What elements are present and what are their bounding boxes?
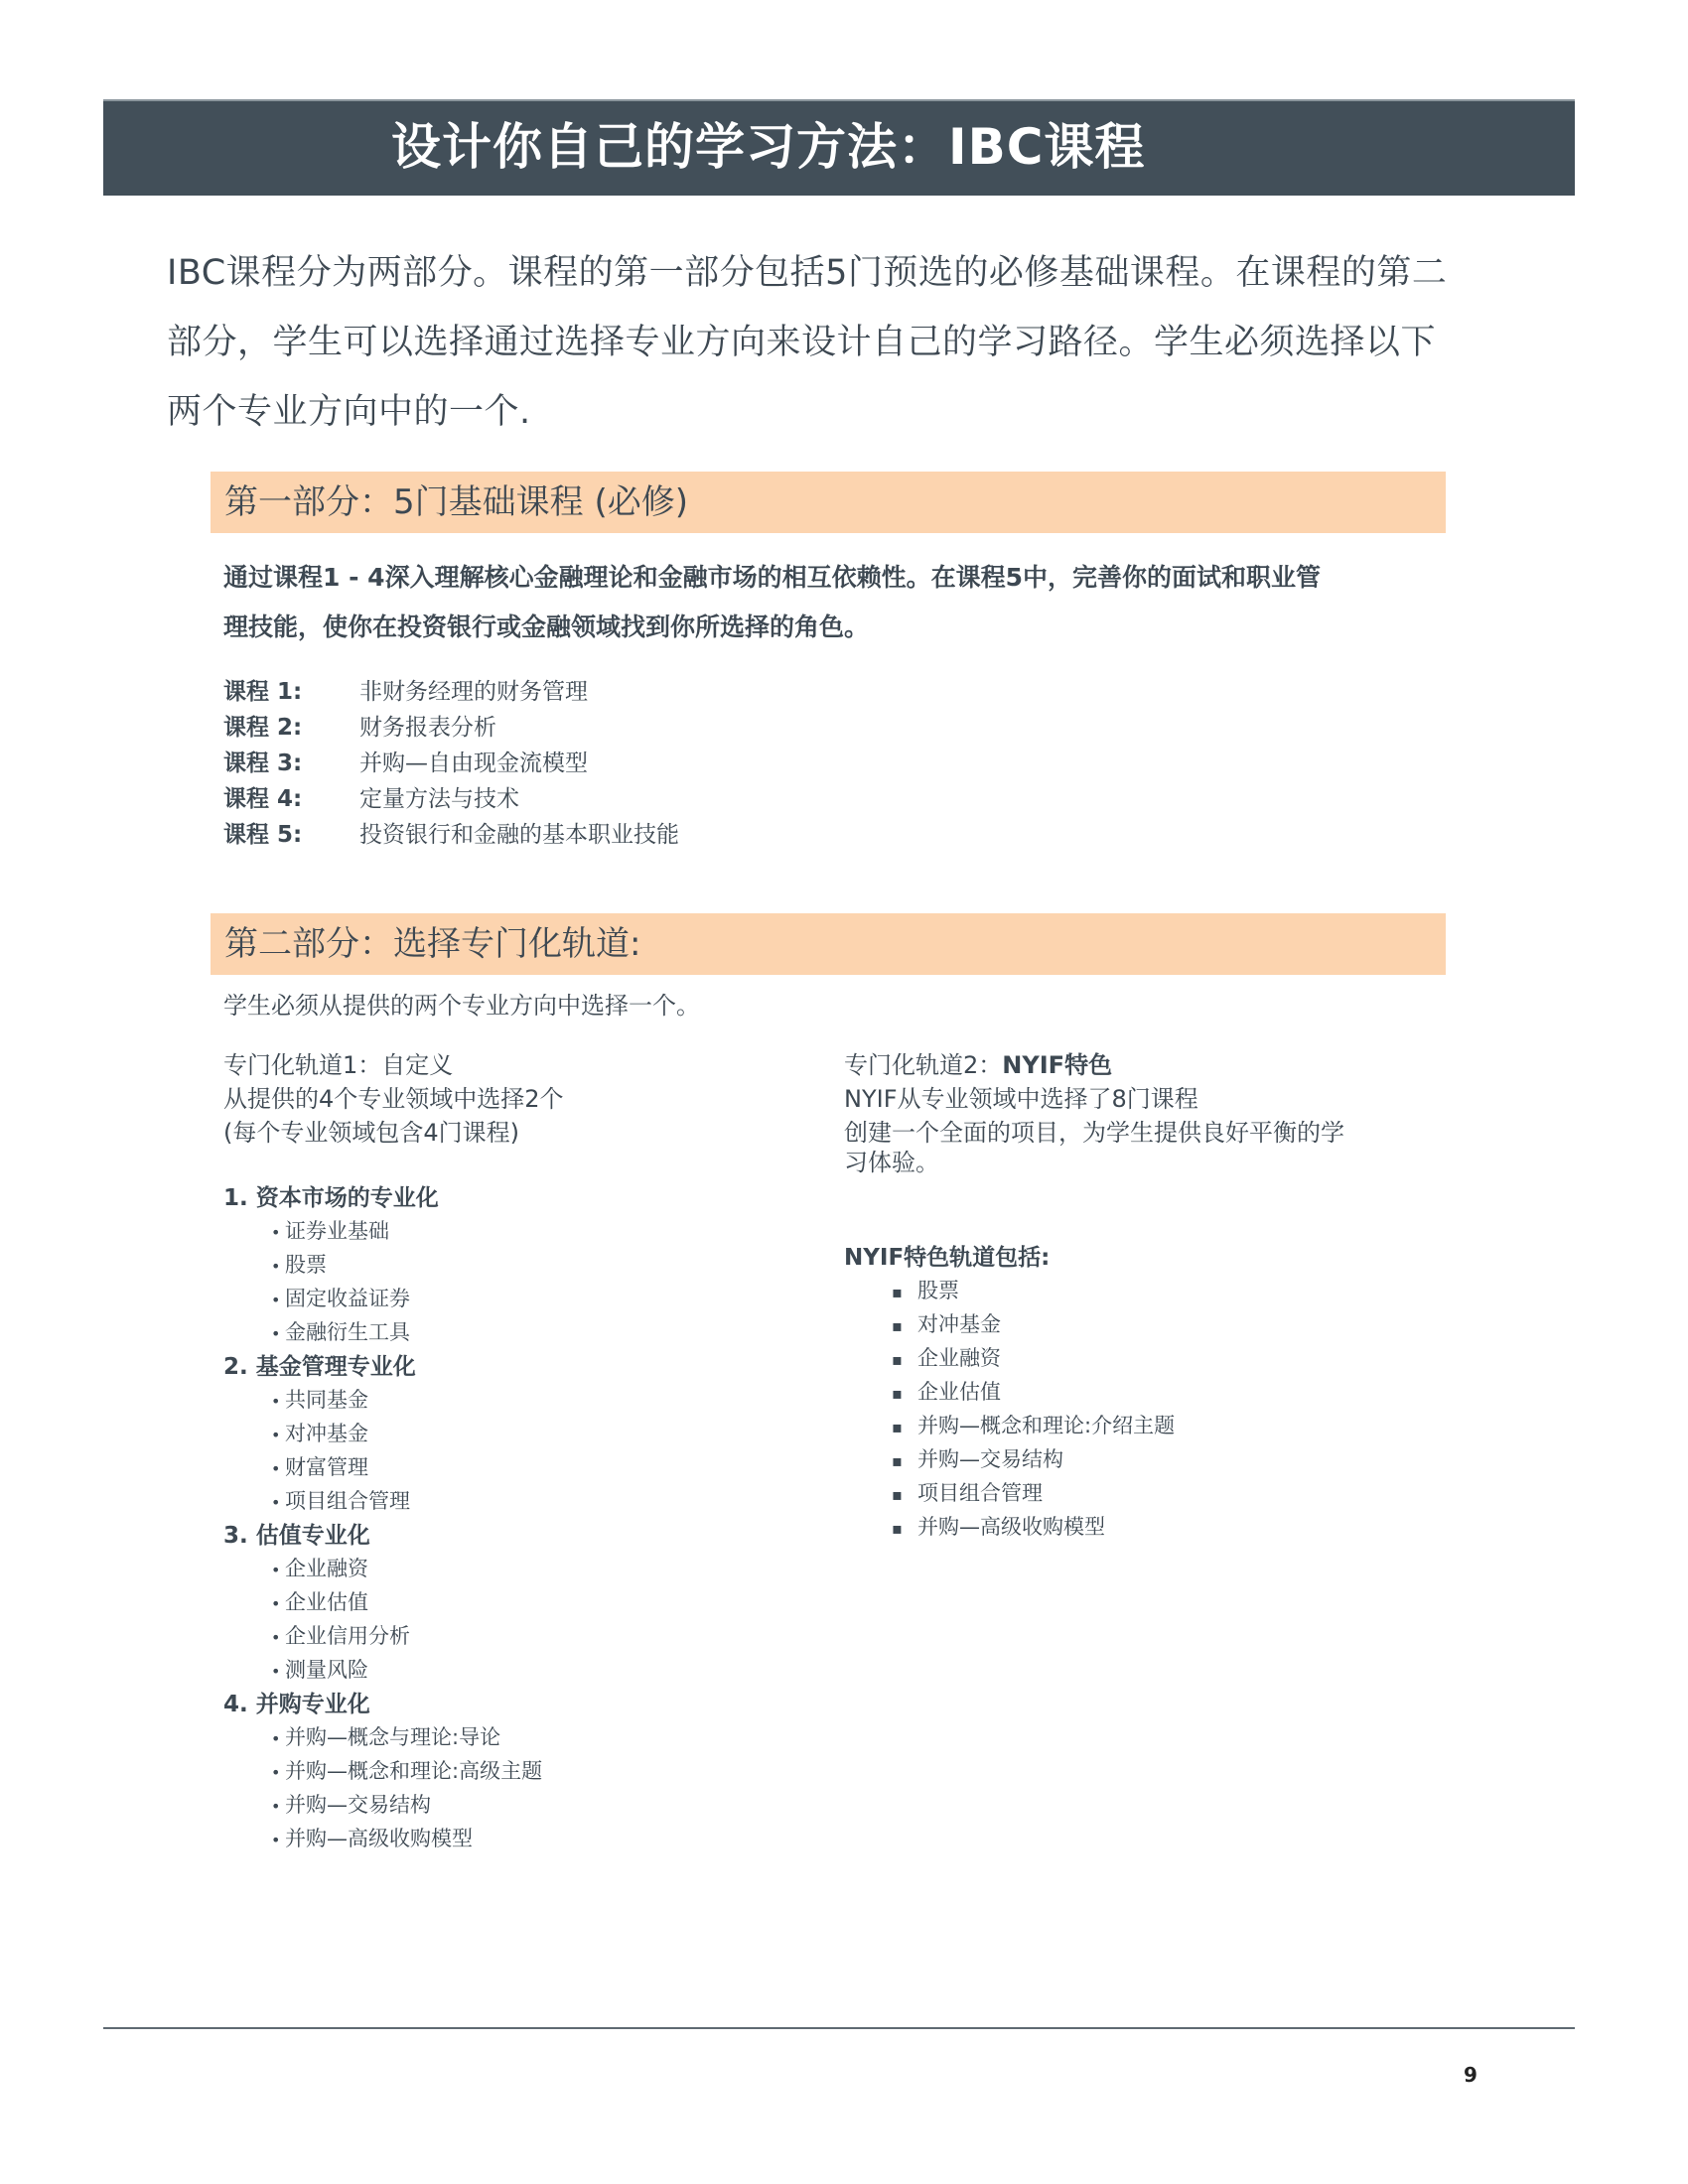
- track1-line1: 从提供的4个专业领域中选择2个: [223, 1082, 564, 1116]
- list-item: •共同基金: [223, 1384, 564, 1418]
- list-item: •金融衍生工具: [223, 1316, 564, 1350]
- specialization-heading: 4. 并购专业化: [223, 1688, 564, 1721]
- list-item: •企业融资: [223, 1553, 564, 1586]
- course-list: 课程 1:非财务经理的财务管理 课程 2:财务报表分析 课程 3:并购—自由现金…: [223, 674, 679, 853]
- bullet-icon: •: [271, 1317, 285, 1350]
- course-row: 课程 4:定量方法与技术: [223, 781, 679, 817]
- list-item: •并购—概念与理论:导论: [223, 1721, 564, 1755]
- track2-title: 专门化轨道2：NYIF特色: [844, 1048, 1344, 1082]
- track2-column: 专门化轨道2：NYIF特色 NYIF从专业领域中选择了8门课程 创建一个全面的项…: [844, 1048, 1344, 1545]
- course-row: 课程 2:财务报表分析: [223, 710, 679, 746]
- bullet-icon: •: [271, 1621, 285, 1654]
- part1-description: 通过课程1 - 4深入理解核心金融理论和金融市场的相互依赖性。在课程5中，完善你…: [223, 553, 1475, 652]
- title-bar: 设计你自己的学习方法：IBC课程: [103, 99, 1575, 196]
- bullet-icon: ▪: [892, 1512, 917, 1545]
- list-item: •并购—交易结构: [223, 1789, 564, 1823]
- bullet-icon: •: [271, 1486, 285, 1519]
- list-item: ▪项目组合管理: [844, 1477, 1344, 1511]
- course-label: 课程 1:: [223, 674, 359, 710]
- bullet-icon: •: [271, 1385, 285, 1418]
- bullet-icon: •: [271, 1824, 285, 1856]
- bullet-icon: •: [271, 1655, 285, 1688]
- course-label: 课程 4:: [223, 781, 359, 817]
- part1-heading: 第一部分：5门基础课程 (必修): [224, 479, 688, 525]
- course-row: 课程 1:非财务经理的财务管理: [223, 674, 679, 710]
- list-item: •并购—概念和理论:高级主题: [223, 1755, 564, 1789]
- list-item: •股票: [223, 1249, 564, 1283]
- list-item: ▪企业估值: [844, 1376, 1344, 1410]
- bullet-icon: ▪: [892, 1276, 917, 1308]
- list-item: ▪股票: [844, 1275, 1344, 1308]
- bullet-icon: •: [271, 1756, 285, 1789]
- list-item: ▪对冲基金: [844, 1308, 1344, 1342]
- list-item: •对冲基金: [223, 1418, 564, 1451]
- list-item: ▪企业融资: [844, 1342, 1344, 1376]
- course-label: 课程 2:: [223, 710, 359, 746]
- list-item: •固定收益证券: [223, 1283, 564, 1316]
- course-label: 课程 5:: [223, 817, 359, 853]
- list-item: •并购—高级收购模型: [223, 1823, 564, 1856]
- track1-column: 专门化轨道1：自定义 从提供的4个专业领域中选择2个 (每个专业领域包含4门课程…: [223, 1048, 564, 1856]
- bullet-icon: ▪: [892, 1309, 917, 1342]
- bullet-icon: ▪: [892, 1377, 917, 1410]
- page-title: 设计你自己的学习方法：IBC课程: [391, 115, 1145, 179]
- course-name: 投资银行和金融的基本职业技能: [359, 817, 679, 853]
- part1-description-line: 通过课程1 - 4深入理解核心金融理论和金融市场的相互依赖性。在课程5中，完善你…: [223, 553, 1475, 603]
- course-name: 并购—自由现金流模型: [359, 746, 588, 781]
- track2-line1: NYIF从专业领域中选择了8门课程: [844, 1082, 1344, 1116]
- footer-divider: [103, 2027, 1575, 2029]
- list-item: •证券业基础: [223, 1215, 564, 1249]
- list-item: ▪并购—概念和理论:介绍主题: [844, 1410, 1344, 1443]
- part2-intro: 学生必须从提供的两个专业方向中选择一个。: [223, 989, 700, 1023]
- list-item: •财富管理: [223, 1451, 564, 1485]
- course-name: 定量方法与技术: [359, 781, 519, 817]
- course-row: 课程 3:并购—自由现金流模型: [223, 746, 679, 781]
- track2-line2-cont: 习体验。: [844, 1146, 1344, 1179]
- part2-heading-bar: 第二部分：选择专门化轨道:: [211, 913, 1446, 975]
- bullet-icon: •: [271, 1452, 285, 1485]
- track1-title: 专门化轨道1：自定义: [223, 1048, 564, 1082]
- track2-includes-heading: NYIF特色轨道包括:: [844, 1241, 1344, 1275]
- part1-description-line: 理技能，使你在投资银行或金融领域找到你所选择的角色。: [223, 603, 1475, 652]
- list-item: •企业信用分析: [223, 1620, 564, 1654]
- bullet-icon: •: [271, 1587, 285, 1620]
- bullet-icon: •: [271, 1284, 285, 1316]
- track1-line2: (每个专业领域包含4门课程): [223, 1116, 564, 1150]
- part2-heading: 第二部分：选择专门化轨道:: [224, 921, 640, 967]
- specialization-heading: 3. 估值专业化: [223, 1519, 564, 1553]
- intro-paragraph: IBC课程分为两部分。课程的第一部分包括5门预选的必修基础课程。在课程的第二 部…: [167, 238, 1557, 447]
- page-number: 9: [1464, 2063, 1477, 2087]
- bullet-icon: •: [271, 1216, 285, 1249]
- course-name: 财务报表分析: [359, 710, 496, 746]
- bullet-icon: ▪: [892, 1411, 917, 1443]
- bullet-icon: •: [271, 1250, 285, 1283]
- intro-line: IBC课程分为两部分。课程的第一部分包括5门预选的必修基础课程。在课程的第二: [167, 238, 1557, 308]
- list-item: •项目组合管理: [223, 1485, 564, 1519]
- course-label: 课程 3:: [223, 746, 359, 781]
- bullet-icon: ▪: [892, 1343, 917, 1376]
- bullet-icon: •: [271, 1722, 285, 1755]
- specialization-heading: 2. 基金管理专业化: [223, 1350, 564, 1384]
- part1-heading-bar: 第一部分：5门基础课程 (必修): [211, 472, 1446, 533]
- bullet-icon: ▪: [892, 1444, 917, 1477]
- intro-line: 部分，学生可以选择通过选择专业方向来设计自己的学习路径。学生必须选择以下: [167, 308, 1557, 377]
- list-item: •企业估值: [223, 1586, 564, 1620]
- bullet-icon: •: [271, 1790, 285, 1823]
- bullet-icon: ▪: [892, 1478, 917, 1511]
- bullet-icon: •: [271, 1419, 285, 1451]
- intro-line: 两个专业方向中的一个.: [167, 377, 1557, 447]
- list-item: ▪并购—交易结构: [844, 1443, 1344, 1477]
- specialization-heading: 1. 资本市场的专业化: [223, 1181, 564, 1215]
- list-item: ▪并购—高级收购模型: [844, 1511, 1344, 1545]
- course-row: 课程 5:投资银行和金融的基本职业技能: [223, 817, 679, 853]
- bullet-icon: •: [271, 1554, 285, 1586]
- track2-line2: 创建一个全面的项目，为学生提供良好平衡的学: [844, 1116, 1344, 1150]
- course-name: 非财务经理的财务管理: [359, 674, 588, 710]
- list-item: •测量风险: [223, 1654, 564, 1688]
